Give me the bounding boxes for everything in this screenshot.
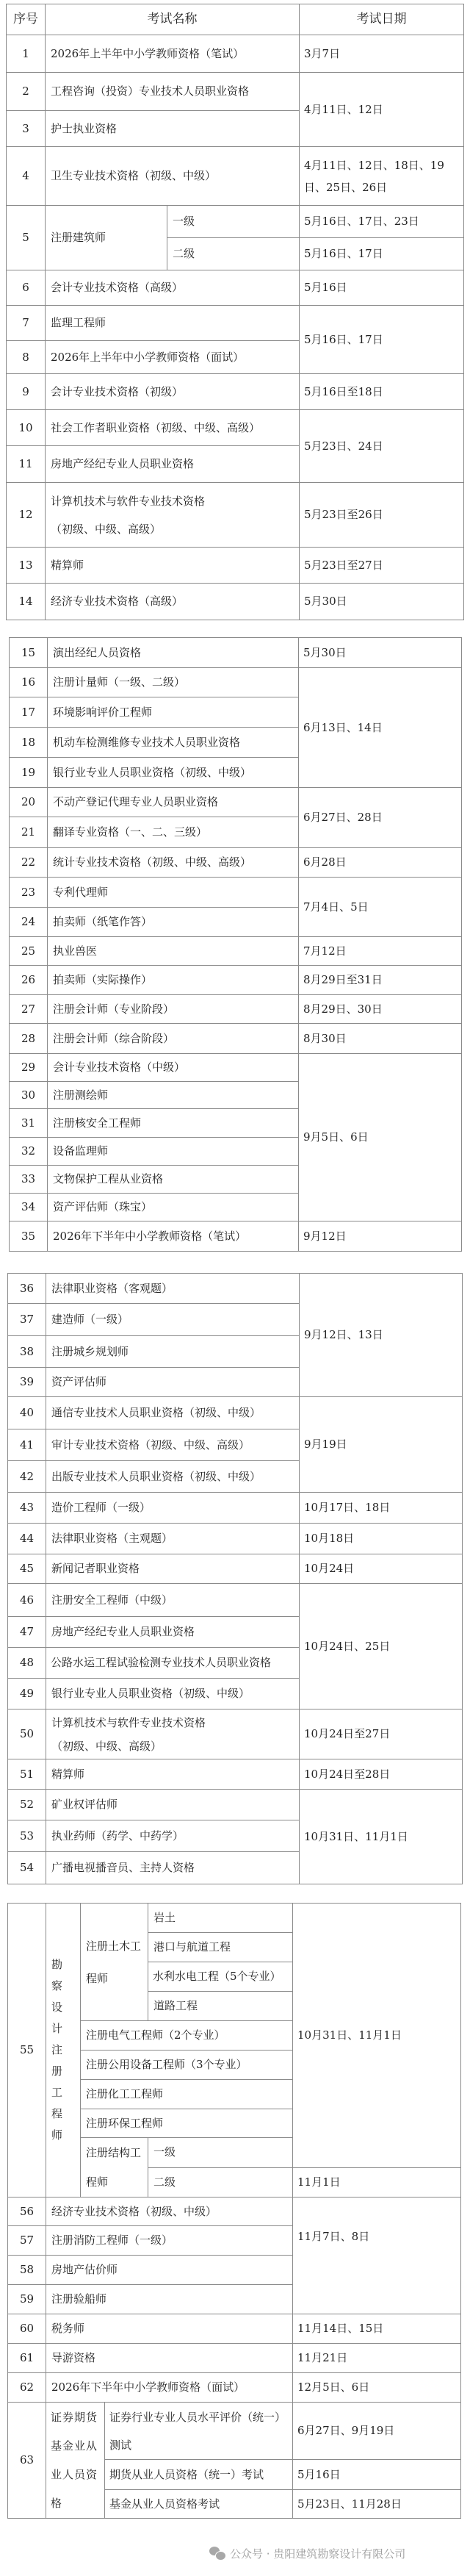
exam-name: 造价工程师（一级）: [46, 1493, 300, 1524]
exam-schedule-table-4: 55 勘察设计注册工程师 注册土木工程师 岩土 10月31日、11月1日 港口与…: [7, 1903, 461, 2519]
exam-name: 社会工作者职业资格（初级、中级、高级）: [46, 410, 300, 446]
exam-name: 法律职业资格（主观题）: [46, 1524, 300, 1554]
exam-name: 建造师（一级）: [46, 1304, 300, 1336]
exam-group-name: 勘察设计注册工程师: [46, 1904, 81, 2198]
row-number: 32: [10, 1138, 48, 1166]
row-number: 15: [10, 638, 48, 668]
row-number: 52: [8, 1790, 46, 1820]
exam-subname: 道路工程: [148, 1992, 293, 2021]
exam-name: 2026年上半年中小学教师资格（笔试）: [46, 35, 300, 73]
exam-date: 4月11日、12日: [300, 73, 464, 147]
row-number: 35: [10, 1221, 48, 1252]
row-number: 49: [8, 1679, 46, 1709]
exam-name: 计算机技术与软件专业技术资格 （初级、中级、高级）: [46, 1709, 300, 1759]
exam-name: 矿业权评估师: [46, 1790, 300, 1820]
exam-name: 执业兽医: [48, 937, 299, 966]
exam-date: 8月30日: [299, 1024, 462, 1054]
row-number: 44: [8, 1524, 46, 1554]
exam-subname: 二级: [167, 238, 300, 270]
exam-schedule-table-3: 36 法律职业资格（客观题） 9月12日、13日 37 建造师（一级） 38 注…: [7, 1273, 463, 1884]
exam-name: 环境影响评价工程师: [48, 697, 299, 728]
exam-name: 新闻记者职业资格: [46, 1554, 300, 1584]
table-row: 55 勘察设计注册工程师 注册土木工程师 岩土 10月31日、11月1日: [8, 1904, 461, 1933]
exam-name: 资产评估师: [46, 1368, 300, 1397]
header-exam-date: 考试日期: [300, 4, 464, 35]
exam-date: 6月13日、14日: [299, 668, 462, 788]
exam-name: 法律职业资格（客观题）: [46, 1274, 300, 1304]
exam-name-line2: （初级、中级、高级）: [51, 515, 299, 543]
row-number: 9: [7, 374, 46, 410]
row-number: 37: [8, 1304, 46, 1336]
exam-name: 注册验船师: [46, 2285, 293, 2314]
exam-date: 10月18日: [300, 1524, 463, 1554]
exam-name: 翻译专业资格（一、二、三级）: [48, 817, 299, 848]
exam-name: 2026年下半年中小学教师资格（面试）: [46, 2373, 293, 2403]
table-row: 20 不动产登记代理专业人员职业资格 6月27日、28日: [10, 788, 462, 817]
row-number: 19: [10, 758, 48, 788]
row-number: 40: [8, 1397, 46, 1429]
exam-name: 2026年下半年中小学教师资格（笔试）: [48, 1221, 299, 1252]
exam-name: 工程咨询（投资）专业技术人员职业资格: [46, 73, 300, 111]
exam-name: 注册计量师（一级、二级）: [48, 668, 299, 697]
wechat-icon: [209, 2547, 225, 2560]
exam-name: 注册消防工程师（一级）: [46, 2226, 293, 2256]
exam-date: 5月23日、11月28日: [293, 2490, 461, 2519]
exam-date: 5月16日: [300, 270, 464, 306]
row-number: 42: [8, 1461, 46, 1493]
exam-date: 8月29日、30日: [299, 995, 462, 1024]
exam-name-civil: 注册土木工程师: [81, 1904, 148, 2021]
header-exam-name: 考试名称: [46, 4, 300, 35]
exam-schedule-table-2: 15 演出经纪人员资格 5月30日 16 注册计量师（一级、二级） 6月13日、…: [9, 637, 462, 1252]
table-header-row: 序号 考试名称 考试日期: [7, 4, 464, 35]
row-number: 36: [8, 1274, 46, 1304]
table-row: 61 导游资格 11月21日: [8, 2344, 461, 2373]
exam-date: 11月21日: [293, 2344, 461, 2373]
exam-name: 通信专业技术人员职业资格（初级、中级）: [46, 1397, 300, 1429]
exam-name: 会计专业技术资格（初级）: [46, 374, 300, 410]
exam-name: 注册安全工程师（中级）: [46, 1584, 300, 1617]
table-row: 4 卫生专业技术资格（初级、中级） 4月11日、12日、18日、19日、25日、…: [7, 147, 464, 206]
header-seq: 序号: [7, 4, 46, 35]
exam-name: 拍卖师（纸笔作答）: [48, 908, 299, 937]
row-number: 5: [7, 206, 46, 270]
exam-name-line2: （初级、中级、高级）: [51, 1734, 299, 1758]
table-row: 7 监理工程师 5月16日、17日: [7, 306, 464, 341]
table-row: 43 造价工程师（一级） 10月17日、18日: [8, 1493, 463, 1524]
exam-name: 公路水运工程试验检测专业技术人员职业资格: [46, 1648, 300, 1679]
exam-date: 12月5日、6日: [293, 2373, 461, 2403]
row-number: 13: [7, 548, 46, 584]
row-number: 30: [10, 1082, 48, 1109]
row-number: 60: [8, 2314, 46, 2344]
row-number: 10: [7, 410, 46, 446]
exam-name: 证券行业专业人员水平评价（统一）测试: [105, 2403, 293, 2460]
row-number: 20: [10, 788, 48, 817]
table-row: 26 拍卖师（实际操作） 8月29日至31日: [10, 966, 462, 995]
exam-name: 注册环保工程师: [81, 2109, 293, 2138]
exam-date: 9月19日: [300, 1397, 463, 1493]
exam-name: 注册电气工程师（2个专业）: [81, 2021, 293, 2051]
exam-name: 会计专业技术资格（中级）: [48, 1054, 299, 1082]
exam-name: 经济专业技术资格（初级、中级）: [46, 2198, 293, 2226]
table-row: 29 会计专业技术资格（中级） 9月5日、6日: [10, 1054, 462, 1082]
table-row: 13 精算师 5月23日至27日: [7, 548, 464, 584]
exam-name: 注册城乡规划师: [46, 1336, 300, 1368]
exam-date: 10月17日、18日: [300, 1493, 463, 1524]
table-row: 12 计算机技术与软件专业技术资格 （初级、中级、高级） 5月23日至26日: [7, 483, 464, 548]
exam-date: 5月23日至27日: [300, 548, 464, 584]
exam-name: 护士执业资格: [46, 111, 300, 147]
table-row: 52 矿业权评估师 10月31日、11月1日: [8, 1790, 463, 1820]
table-row: 23 专利代理师 7月4日、5日: [10, 878, 462, 908]
row-number: 12: [7, 483, 46, 548]
exam-date: 5月16日: [293, 2460, 461, 2490]
exam-date: 10月24日: [300, 1554, 463, 1584]
exam-name: 会计专业技术资格（高级）: [46, 270, 300, 306]
row-number: 18: [10, 728, 48, 758]
exam-name-line1: 计算机技术与软件专业技术资格: [51, 1711, 299, 1734]
table-row: 35 2026年下半年中小学教师资格（笔试） 9月12日: [10, 1221, 462, 1252]
exam-name: 计算机技术与软件专业技术资格 （初级、中级、高级）: [46, 483, 300, 548]
exam-schedule-table-1: 序号 考试名称 考试日期 1 2026年上半年中小学教师资格（笔试） 3月7日 …: [6, 4, 464, 620]
table-row: 63 证券期货基金业从业人员资格 证券行业专业人员水平评价（统一）测试 6月27…: [8, 2403, 461, 2460]
exam-name: 导游资格: [46, 2344, 293, 2373]
row-number: 57: [8, 2226, 46, 2256]
table-row: 45 新闻记者职业资格 10月24日: [8, 1554, 463, 1584]
exam-name: 精算师: [46, 548, 300, 584]
exam-name: 拍卖师（实际操作）: [48, 966, 299, 995]
exam-name-structural: 注册结构工程师: [81, 2138, 148, 2198]
exam-date: 6月27日、9月19日: [293, 2403, 461, 2460]
exam-name-line1: 计算机技术与软件专业技术资格: [51, 487, 299, 515]
row-number: 14: [7, 584, 46, 620]
exam-name: 经济专业技术资格（高级）: [46, 584, 300, 620]
exam-name: 机动车检测维修专业技术人员职业资格: [48, 728, 299, 758]
row-number: 38: [8, 1336, 46, 1368]
row-number: 21: [10, 817, 48, 848]
exam-name: 统计专业技术资格（初级、中级、高级）: [48, 848, 299, 878]
exam-date: 5月23日、24日: [300, 410, 464, 483]
table-row: 22 统计专业技术资格（初级、中级、高级） 6月28日: [10, 848, 462, 878]
exam-name: 期货从业人员资格（统一）考试: [105, 2460, 293, 2490]
exam-name: 执业药师（药学、中药学）: [46, 1820, 300, 1852]
table-row: 27 注册会计师（专业阶段） 8月29日、30日: [10, 995, 462, 1024]
row-number: 29: [10, 1054, 48, 1082]
row-number: 23: [10, 878, 48, 908]
exam-name: 审计专业技术资格（初级、中级、高级）: [46, 1429, 300, 1461]
exam-date: 5月16日、17日、23日: [300, 206, 464, 238]
row-number: 39: [8, 1368, 46, 1397]
exam-date: 6月27日、28日: [299, 788, 462, 848]
exam-date: 9月5日、6日: [299, 1054, 462, 1221]
row-number: 59: [8, 2285, 46, 2314]
exam-date: 10月24日、25日: [300, 1584, 463, 1709]
exam-date: 4月11日、12日、18日、19日、25日、26日: [300, 147, 464, 206]
exam-name: 精算师: [46, 1759, 300, 1790]
exam-name: 专利代理师: [48, 878, 299, 908]
exam-name: 演出经纪人员资格: [48, 638, 299, 668]
row-number: 11: [7, 446, 46, 483]
table-row: 56 经济专业技术资格（初级、中级） 11月7日、8日: [8, 2198, 461, 2226]
exam-name: 银行业专业人员职业资格（初级、中级）: [46, 1679, 300, 1709]
exam-name: 2026年上半年中小学教师资格（面试）: [46, 341, 300, 374]
table-row: 62 2026年下半年中小学教师资格（面试） 12月5日、6日: [8, 2373, 461, 2403]
exam-date: 9月12日: [299, 1221, 462, 1252]
exam-name: 税务师: [46, 2314, 293, 2344]
exam-date: 8月29日至31日: [299, 966, 462, 995]
exam-date: 10月24日至27日: [300, 1709, 463, 1759]
exam-name: 卫生专业技术资格（初级、中级）: [46, 147, 300, 206]
table-row: 28 注册会计师（综合阶段） 8月30日: [10, 1024, 462, 1054]
row-number: 56: [8, 2198, 46, 2226]
table-row: 2 工程咨询（投资）专业技术人员职业资格 4月11日、12日: [7, 73, 464, 111]
row-number: 33: [10, 1166, 48, 1194]
row-number: 6: [7, 270, 46, 306]
row-number: 26: [10, 966, 48, 995]
exam-name: 不动产登记代理专业人员职业资格: [48, 788, 299, 817]
row-number: 45: [8, 1554, 46, 1584]
wechat-watermark: 公众号 · 贵阳建筑勘察设计有限公司: [209, 2544, 405, 2563]
row-number: 28: [10, 1024, 48, 1054]
row-number: 22: [10, 848, 48, 878]
row-number: 51: [8, 1759, 46, 1790]
exam-date: 3月7日: [300, 35, 464, 73]
table-row: 40 通信专业技术人员职业资格（初级、中级） 9月19日: [8, 1397, 463, 1429]
row-number: 47: [8, 1617, 46, 1648]
exam-name: 文物保护工程从业资格: [48, 1166, 299, 1194]
exam-name: 房地产经纪专业人员职业资格: [46, 1617, 300, 1648]
exam-name: 注册化工工程师: [81, 2080, 293, 2109]
exam-date: 9月12日、13日: [300, 1274, 463, 1397]
row-number: 4: [7, 147, 46, 206]
row-number: 8: [7, 341, 46, 374]
table-row: 16 注册计量师（一级、二级） 6月13日、14日: [10, 668, 462, 697]
table-row: 9 会计专业技术资格（初级） 5月16日至18日: [7, 374, 464, 410]
row-number: 63: [8, 2403, 46, 2519]
exam-date: 11月1日: [293, 2167, 461, 2198]
exam-name: 注册测绘师: [48, 1082, 299, 1109]
exam-subname: 二级: [148, 2167, 293, 2198]
row-number: 16: [10, 668, 48, 697]
row-number: 17: [10, 697, 48, 728]
exam-subname: 岩土: [148, 1904, 293, 1933]
exam-group-name: 证券期货基金业从业人员资格: [46, 2403, 105, 2519]
row-number: 62: [8, 2373, 46, 2403]
exam-subname: 水利水电工程（5个专业）: [148, 1962, 293, 1992]
exam-date: 7月4日、5日: [299, 878, 462, 937]
table-row: 36 法律职业资格（客观题） 9月12日、13日: [8, 1274, 463, 1304]
row-number: 53: [8, 1820, 46, 1852]
row-number: 55: [8, 1904, 46, 2198]
exam-name: 房地产估价师: [46, 2256, 293, 2285]
row-number: 58: [8, 2256, 46, 2285]
exam-name: 监理工程师: [46, 306, 300, 341]
exam-date: 5月30日: [299, 638, 462, 668]
exam-date: 6月28日: [299, 848, 462, 878]
row-number: 25: [10, 937, 48, 966]
exam-date: 5月30日: [300, 584, 464, 620]
exam-subname: 一级: [148, 2138, 293, 2168]
row-number: 31: [10, 1109, 48, 1138]
exam-subname: 一级: [167, 206, 300, 238]
row-number: 48: [8, 1648, 46, 1679]
row-number: 43: [8, 1493, 46, 1524]
row-number: 7: [7, 306, 46, 341]
table-row: 1 2026年上半年中小学教师资格（笔试） 3月7日: [7, 35, 464, 73]
exam-name: 资产评估师（珠宝）: [48, 1194, 299, 1221]
row-number: 41: [8, 1429, 46, 1461]
table-row: 50 计算机技术与软件专业技术资格 （初级、中级、高级） 10月24日至27日: [8, 1709, 463, 1759]
exam-date: 11月7日、8日: [293, 2198, 461, 2314]
exam-name: 出版专业技术人员职业资格（初级、中级）: [46, 1461, 300, 1493]
exam-name: 房地产经纪专业人员职业资格: [46, 446, 300, 483]
exam-name: 注册建筑师: [46, 206, 167, 270]
table-row: 10 社会工作者职业资格（初级、中级、高级） 5月23日、24日: [7, 410, 464, 446]
row-number: 24: [10, 908, 48, 937]
exam-name: 注册会计师（综合阶段）: [48, 1024, 299, 1054]
exam-name: 注册公用设备工程师（3个专业）: [81, 2051, 293, 2080]
table-row: 6 会计专业技术资格（高级） 5月16日: [7, 270, 464, 306]
row-number: 27: [10, 995, 48, 1024]
exam-date: 10月31日、11月1日: [293, 1904, 461, 2168]
exam-date: 5月16日至18日: [300, 374, 464, 410]
table-row: 25 执业兽医 7月12日: [10, 937, 462, 966]
exam-date: 10月31日、11月1日: [300, 1790, 463, 1884]
table-row: 46 注册安全工程师（中级） 10月24日、25日: [8, 1584, 463, 1617]
exam-date: 5月16日、17日: [300, 306, 464, 374]
table-row: 60 税务师 11月14日、15日: [8, 2314, 461, 2344]
exam-name: 基金从业人员资格考试: [105, 2490, 293, 2519]
table-row: 51 精算师 10月24日至28日: [8, 1759, 463, 1790]
row-number: 2: [7, 73, 46, 111]
exam-name: 设备监理师: [48, 1138, 299, 1166]
watermark-text: 公众号 · 贵阳建筑勘察设计有限公司: [230, 2546, 405, 2561]
exam-date: 10月24日至28日: [300, 1759, 463, 1790]
row-number: 46: [8, 1584, 46, 1617]
row-number: 34: [10, 1194, 48, 1221]
exam-name: 银行业专业人员职业资格（初级、中级）: [48, 758, 299, 788]
exam-name: 广播电视播音员、主持人资格: [46, 1852, 300, 1884]
row-number: 61: [8, 2344, 46, 2373]
exam-date: 5月23日至26日: [300, 483, 464, 548]
row-number: 3: [7, 111, 46, 147]
exam-subname: 港口与航道工程: [148, 1933, 293, 1962]
exam-name: 注册会计师（专业阶段）: [48, 995, 299, 1024]
table-row: 44 法律职业资格（主观题） 10月18日: [8, 1524, 463, 1554]
row-number: 54: [8, 1852, 46, 1884]
row-number: 50: [8, 1709, 46, 1759]
exam-date: 7月12日: [299, 937, 462, 966]
table-row: 5 注册建筑师 一级 5月16日、17日、23日: [7, 206, 464, 238]
exam-date: 11月14日、15日: [293, 2314, 461, 2344]
exam-date: 5月16日、17日: [300, 238, 464, 270]
exam-name: 注册核安全工程师: [48, 1109, 299, 1138]
row-number: 1: [7, 35, 46, 73]
table-row: 14 经济专业技术资格（高级） 5月30日: [7, 584, 464, 620]
table-row: 15 演出经纪人员资格 5月30日: [10, 638, 462, 668]
